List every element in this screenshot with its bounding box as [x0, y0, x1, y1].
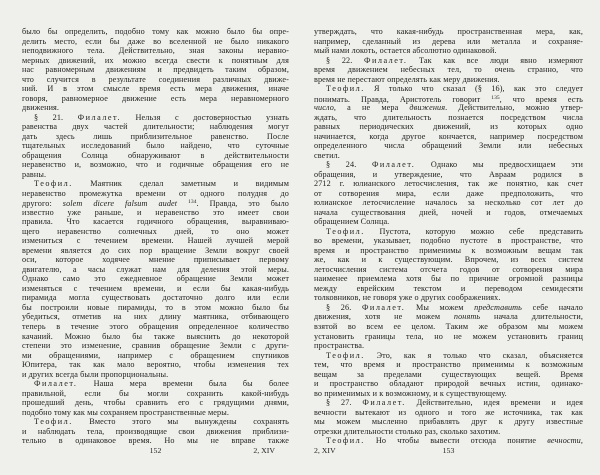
text-line: неравенство промежутка времени от одного… — [22, 189, 289, 199]
right-page-footer: 2, XIV 153 — [314, 446, 583, 458]
text-line: двигателю, а часы служат нам для деления… — [22, 265, 289, 275]
text-line: вечности вытекают из одного и того же ис… — [314, 408, 583, 418]
text-line: нас равномерным движениям и предвидеть т… — [22, 65, 289, 75]
text-line: отрезки длительности столько раз, скольк… — [314, 427, 583, 437]
page-number: 152 — [22, 446, 289, 455]
text-line: утверждать, что какая-нибудь пространств… — [314, 27, 583, 37]
text-line: пространства. — [314, 341, 583, 351]
text-line: ждать, что длительность познается посред… — [314, 113, 583, 123]
text-line: равенства двух частей длительности; набл… — [22, 122, 289, 132]
text-line: Филалет. Наша мера времени была бы более — [22, 379, 289, 389]
text-line: толковников, не говоря уже о других сооб… — [314, 293, 583, 303]
text-line: прошедший день, чтобы сравнить его с гря… — [22, 398, 289, 408]
text-line: Теофил. Это, как я только что сказал, об… — [314, 351, 583, 361]
text-line: § 24. Филалет. Однако мы предвосхищаем э… — [314, 160, 583, 170]
text-line: неравенство и, возможно, что и годичные … — [22, 160, 289, 170]
text-line: вещам за пределами существующих вещей. В… — [314, 370, 583, 380]
text-line: было бы определить, подобно тому как мож… — [22, 27, 289, 37]
text-line: делить место, если бы даже во вселенной … — [22, 37, 289, 47]
text-line: § 22. Филалет. Так как все люди явно изм… — [314, 56, 583, 66]
text-line: взятой во всем ее целом. Таким же образо… — [314, 322, 583, 332]
text-line: движения. — [22, 103, 289, 113]
text-line: неподвижного тела. Действительно, зная з… — [22, 46, 289, 56]
text-line: же, как и к существующим. Впрочем, из вс… — [314, 255, 583, 265]
text-line: например, сделанный из дерева или металл… — [314, 37, 583, 47]
text-line: во применимых и к возможному, и к сущест… — [314, 389, 583, 399]
text-line: измениться с течением времени. Нашей луч… — [22, 236, 289, 246]
text-line: Теофил. Маятник сделал заметным и видимы… — [22, 179, 289, 189]
text-line: § 21. Филалет. Нельзя с достоверностью у… — [22, 113, 289, 123]
right-page-text-column: утверждать, что какая-нибудь пространств… — [314, 27, 583, 446]
text-line: дать здесь лишь приблизительное равенств… — [22, 132, 289, 142]
text-line: Теофил. Но чтобы вывести отсюда понятие … — [314, 436, 583, 446]
text-line: степени это изменение, сравнив обращение… — [22, 341, 289, 351]
text-line: обращения, и утверждение, что Авраам род… — [314, 170, 583, 180]
text-line: во времени, указывает, подобно пустоте в… — [314, 236, 583, 246]
text-line: ми обращениями, например с обращением сп… — [22, 351, 289, 361]
text-line: времени является до сих пор вращение Зем… — [22, 246, 289, 256]
text-line: щего неравенство солнечных дней, то оно … — [22, 227, 289, 237]
text-line: определенного числа обращений Земли или … — [314, 141, 583, 151]
text-line: тельно в одинаковое время. Но мы не впра… — [22, 436, 289, 446]
text-line: Юпитера, так как мало вероятно, чтобы из… — [22, 360, 289, 370]
text-line: начала существования дней, ночей и годов… — [314, 208, 583, 218]
text-line: оси, которое ходячее мнение приписывает … — [22, 255, 289, 265]
text-line: Теофил. Я только что сказал (§ 16), как … — [314, 84, 583, 94]
text-line: ний. И в этом смысле время есть мера дви… — [22, 84, 289, 94]
text-line: движения, хотя не можем понять начала дл… — [314, 312, 583, 322]
text-line: тем, что время и пространство применимы … — [314, 360, 583, 370]
text-line: установить границы тела, но не можем уст… — [314, 332, 583, 342]
text-line: правильной, если бы могли сохранить како… — [22, 389, 289, 399]
text-line: и пространство обладают природой вечных … — [314, 379, 583, 389]
text-line: мый нами локоть, остается абсолютно один… — [314, 46, 583, 56]
signature-mark: 2, XIV — [253, 446, 275, 455]
text-line: тщательных исследований было найдено, чт… — [22, 141, 289, 151]
text-line: и других всегда были пропорциональны. — [22, 370, 289, 380]
text-line: обращением Солнца. — [314, 217, 583, 227]
text-line: число, а не мера движения. Действительно… — [314, 103, 583, 113]
text-line: Теофил. Пустота, которую можно себе пред… — [314, 227, 583, 237]
text-line: говоря, равномерное движение есть мера н… — [22, 94, 289, 104]
text-line: равны. — [22, 170, 289, 180]
text-line: качаний. Можно было бы также выяснить до… — [22, 332, 289, 342]
page-number: 153 — [314, 446, 583, 455]
text-line: изменяться с течением времени, и если бы… — [22, 284, 289, 294]
text-line: правила. Что касается годичного обращени… — [22, 217, 289, 227]
text-line: и наблюдать тела, производящие свои движ… — [22, 427, 289, 437]
book-spread: было бы определить, подобно тому как мож… — [0, 0, 600, 475]
text-line: понимать. Правда, Аристотель говорит 135… — [314, 94, 583, 104]
text-line: теперь в течение этого обращения определ… — [22, 322, 289, 332]
text-line: Теофил. Вместо этого мы вынуждены сохран… — [22, 417, 289, 427]
text-line: § 26. Филалет. Мы можем представить себе… — [314, 303, 583, 313]
text-line: от сотворения мира, если даже предположи… — [314, 189, 583, 199]
text-line: начинается, когда другое кончается, напр… — [314, 132, 583, 142]
text-line: Однако само это ежедневное обращение Зем… — [22, 274, 289, 284]
text-line: 2712 г. юлианского летосчисления, так же… — [314, 179, 583, 189]
text-line: наименее приемлема хотя бы по причине ог… — [314, 274, 583, 284]
text-line: что случится в результате соединения раз… — [22, 75, 289, 85]
text-line: пирамида могла существовать достаточно д… — [22, 293, 289, 303]
text-line: равных периодических движений, из которы… — [314, 122, 583, 132]
text-line: подобно тому как мы сохраняем пространст… — [22, 408, 289, 418]
text-line: между еврейским текстом и переводом семи… — [314, 284, 583, 294]
text-line: другого: solem dicere falsum audet 134. … — [22, 198, 289, 208]
text-line: летосчисления система отсчета годов от с… — [314, 265, 583, 275]
text-line: убедиться, отметив на них длину маятника… — [22, 312, 289, 322]
text-line: время движением небесных тел, то очень с… — [314, 65, 583, 75]
left-page-footer: 152 2, XIV — [22, 446, 289, 458]
text-line: юлианское летосчисление началось за неск… — [314, 198, 583, 208]
text-line: время и пространство применимы к возможн… — [314, 246, 583, 256]
text-line: мы можем мысленно прибавлять друг к друг… — [314, 417, 583, 427]
text-line: известно уже раньше, и неравенство это и… — [22, 208, 289, 218]
text-line: время не перестают определять как меру д… — [314, 75, 583, 85]
text-line: мерных движений, их можно всегда свести … — [22, 56, 289, 66]
text-line: § 27. Филалет. Действительно, идея време… — [314, 398, 583, 408]
text-line: светил. — [314, 151, 583, 161]
left-page-text-column: было бы определить, подобно тому как мож… — [22, 27, 289, 446]
text-line: обращения Солнца обнаруживают в действит… — [22, 151, 289, 161]
text-line: бы построили новые пирамиды, то в этом м… — [22, 303, 289, 313]
